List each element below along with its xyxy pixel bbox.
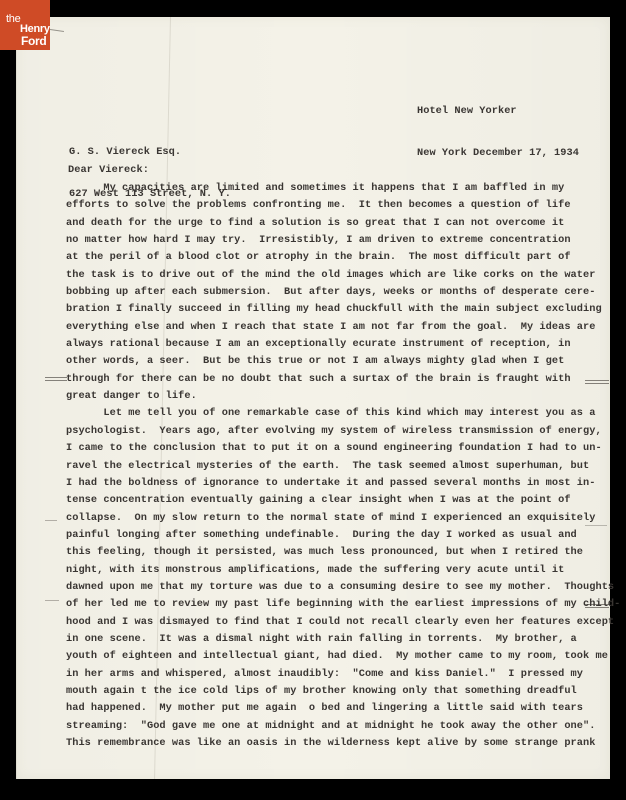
body-line: always rational because I am an exceptio… bbox=[66, 336, 620, 353]
body-line: ravel the electrical mysteries of the ea… bbox=[66, 458, 620, 475]
margin-mark bbox=[45, 377, 67, 378]
letter-header: Hotel New Yorker New York December 17, 1… bbox=[417, 76, 579, 174]
margin-mark bbox=[585, 525, 607, 526]
body-line: this feeling, though it persisted, was m… bbox=[66, 544, 620, 561]
margin-mark bbox=[45, 600, 59, 601]
margin-mark bbox=[45, 520, 57, 521]
body-line: youth of eighteen and intellectual giant… bbox=[66, 648, 620, 665]
body-line: everything else and when I reach that st… bbox=[66, 319, 620, 336]
body-line: great danger to life. bbox=[66, 388, 620, 405]
body-line: in one scene. It was a dismal night with… bbox=[66, 631, 620, 648]
margin-mark bbox=[45, 380, 67, 381]
body-line: no matter how hard I may try. Irresistib… bbox=[66, 232, 620, 249]
body-line: mouth again t the ice cold lips of my br… bbox=[66, 683, 620, 700]
margin-mark bbox=[585, 607, 609, 608]
body-line: in her arms and whispered, almost inaudi… bbox=[66, 666, 620, 683]
recipient-name: G. S. Viereck Esq. bbox=[69, 145, 231, 159]
body-line: This remembrance was like an oasis in th… bbox=[66, 735, 620, 752]
body-line: psychologist. Years ago, after evolving … bbox=[66, 423, 620, 440]
letter-body: My capacities are limited and sometimes … bbox=[66, 180, 620, 752]
henry-ford-logo: the Henry Ford bbox=[0, 0, 50, 50]
body-line: efforts to solve the problems confrontin… bbox=[66, 197, 620, 214]
logo-ford: Ford bbox=[21, 35, 46, 47]
logo-the: the bbox=[6, 14, 20, 25]
body-line: at the peril of a blood clot or atrophy … bbox=[66, 249, 620, 266]
body-line: night, with its monstrous amplifications… bbox=[66, 562, 620, 579]
body-line: dawned upon me that my torture was due t… bbox=[66, 579, 620, 596]
body-line: Let me tell you of one remarkable case o… bbox=[66, 405, 620, 422]
body-line: streaming: "God gave me one at midnight … bbox=[66, 718, 620, 735]
hotel-name: Hotel New Yorker bbox=[417, 104, 579, 118]
body-line: other words, a seer. But be this true or… bbox=[66, 353, 620, 370]
body-line: and death for the urge to find a solutio… bbox=[66, 215, 620, 232]
body-line: bobbing up after each submersion. But af… bbox=[66, 284, 620, 301]
margin-mark bbox=[585, 604, 609, 605]
fold-crease bbox=[16, 17, 17, 779]
body-line: collapse. On my slow return to the norma… bbox=[66, 510, 620, 527]
body-line: I had the boldness of ignorance to under… bbox=[66, 475, 620, 492]
body-line: tense concentration eventually gaining a… bbox=[66, 492, 620, 509]
body-line: bration I finally succeed in filling my … bbox=[66, 301, 620, 318]
body-line: My capacities are limited and sometimes … bbox=[66, 180, 620, 197]
place-date: New York December 17, 1934 bbox=[417, 146, 579, 160]
body-line: through for there can be no doubt that s… bbox=[66, 371, 620, 388]
margin-mark bbox=[585, 383, 609, 384]
body-line: hood and I was dismayed to find that I c… bbox=[66, 614, 620, 631]
margin-mark bbox=[585, 380, 609, 381]
salutation: Dear Viereck: bbox=[68, 162, 149, 179]
body-line: of her led me to review my past life beg… bbox=[66, 596, 620, 613]
body-line: painful longing after something undefina… bbox=[66, 527, 620, 544]
body-line: had happened. My mother put me again o b… bbox=[66, 700, 620, 717]
body-line: the task is to drive out of the mind the… bbox=[66, 267, 620, 284]
body-line: I came to the conclusion that to put it … bbox=[66, 440, 620, 457]
